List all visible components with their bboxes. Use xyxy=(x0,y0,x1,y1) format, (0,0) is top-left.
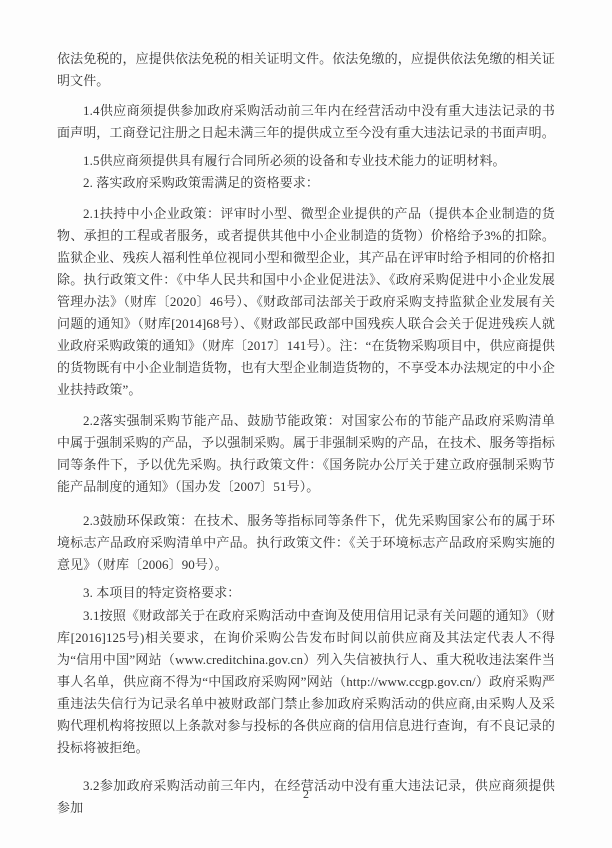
paragraph-2-1: 2.1扶持中小企业政策：评审时小型、微型企业提供的产品（提供本企业制造的货物、承… xyxy=(57,203,555,401)
page-number: 2 xyxy=(0,787,612,801)
document-body: 依法免税的，应提供依法免税的相关证明文件。依法免缴的，应提供依法免缴的相关证明文… xyxy=(57,48,555,819)
paragraph-1-4: 1.4供应商须提供参加政府采购活动前三年内在经营活动中没有重大违法记录的书面声明… xyxy=(57,100,555,144)
paragraph-3-heading: 3. 本项目的特定资格要求： xyxy=(57,582,555,604)
paragraph-2-3: 2.3鼓励环保政策：在技术、服务等指标同等条件下，优先采购国家公布的属于环境标志… xyxy=(57,510,555,576)
paragraph-1-5: 1.5供应商须提供具有履行合同所必须的设备和专业技术能力的证明材料。 xyxy=(57,150,555,172)
paragraph-2-heading: 2. 落实政府采购政策需满足的资格要求： xyxy=(57,172,555,194)
paragraph-tax-exemption-continued: 依法免税的，应提供依法免税的相关证明文件。依法免缴的，应提供依法免缴的相关证明文… xyxy=(57,48,555,92)
paragraph-3-1: 3.1按照《财政部关于在政府采购活动中查询及使用信用记录有关问题的通知》（财库[… xyxy=(57,605,555,759)
document-page: 依法免税的，应提供依法免税的相关证明文件。依法免缴的，应提供依法免缴的相关证明文… xyxy=(0,0,612,848)
paragraph-2-2: 2.2落实强制采购节能产品、鼓励节能政策：对国家公布的节能产品政府采购清单中属于… xyxy=(57,410,555,498)
